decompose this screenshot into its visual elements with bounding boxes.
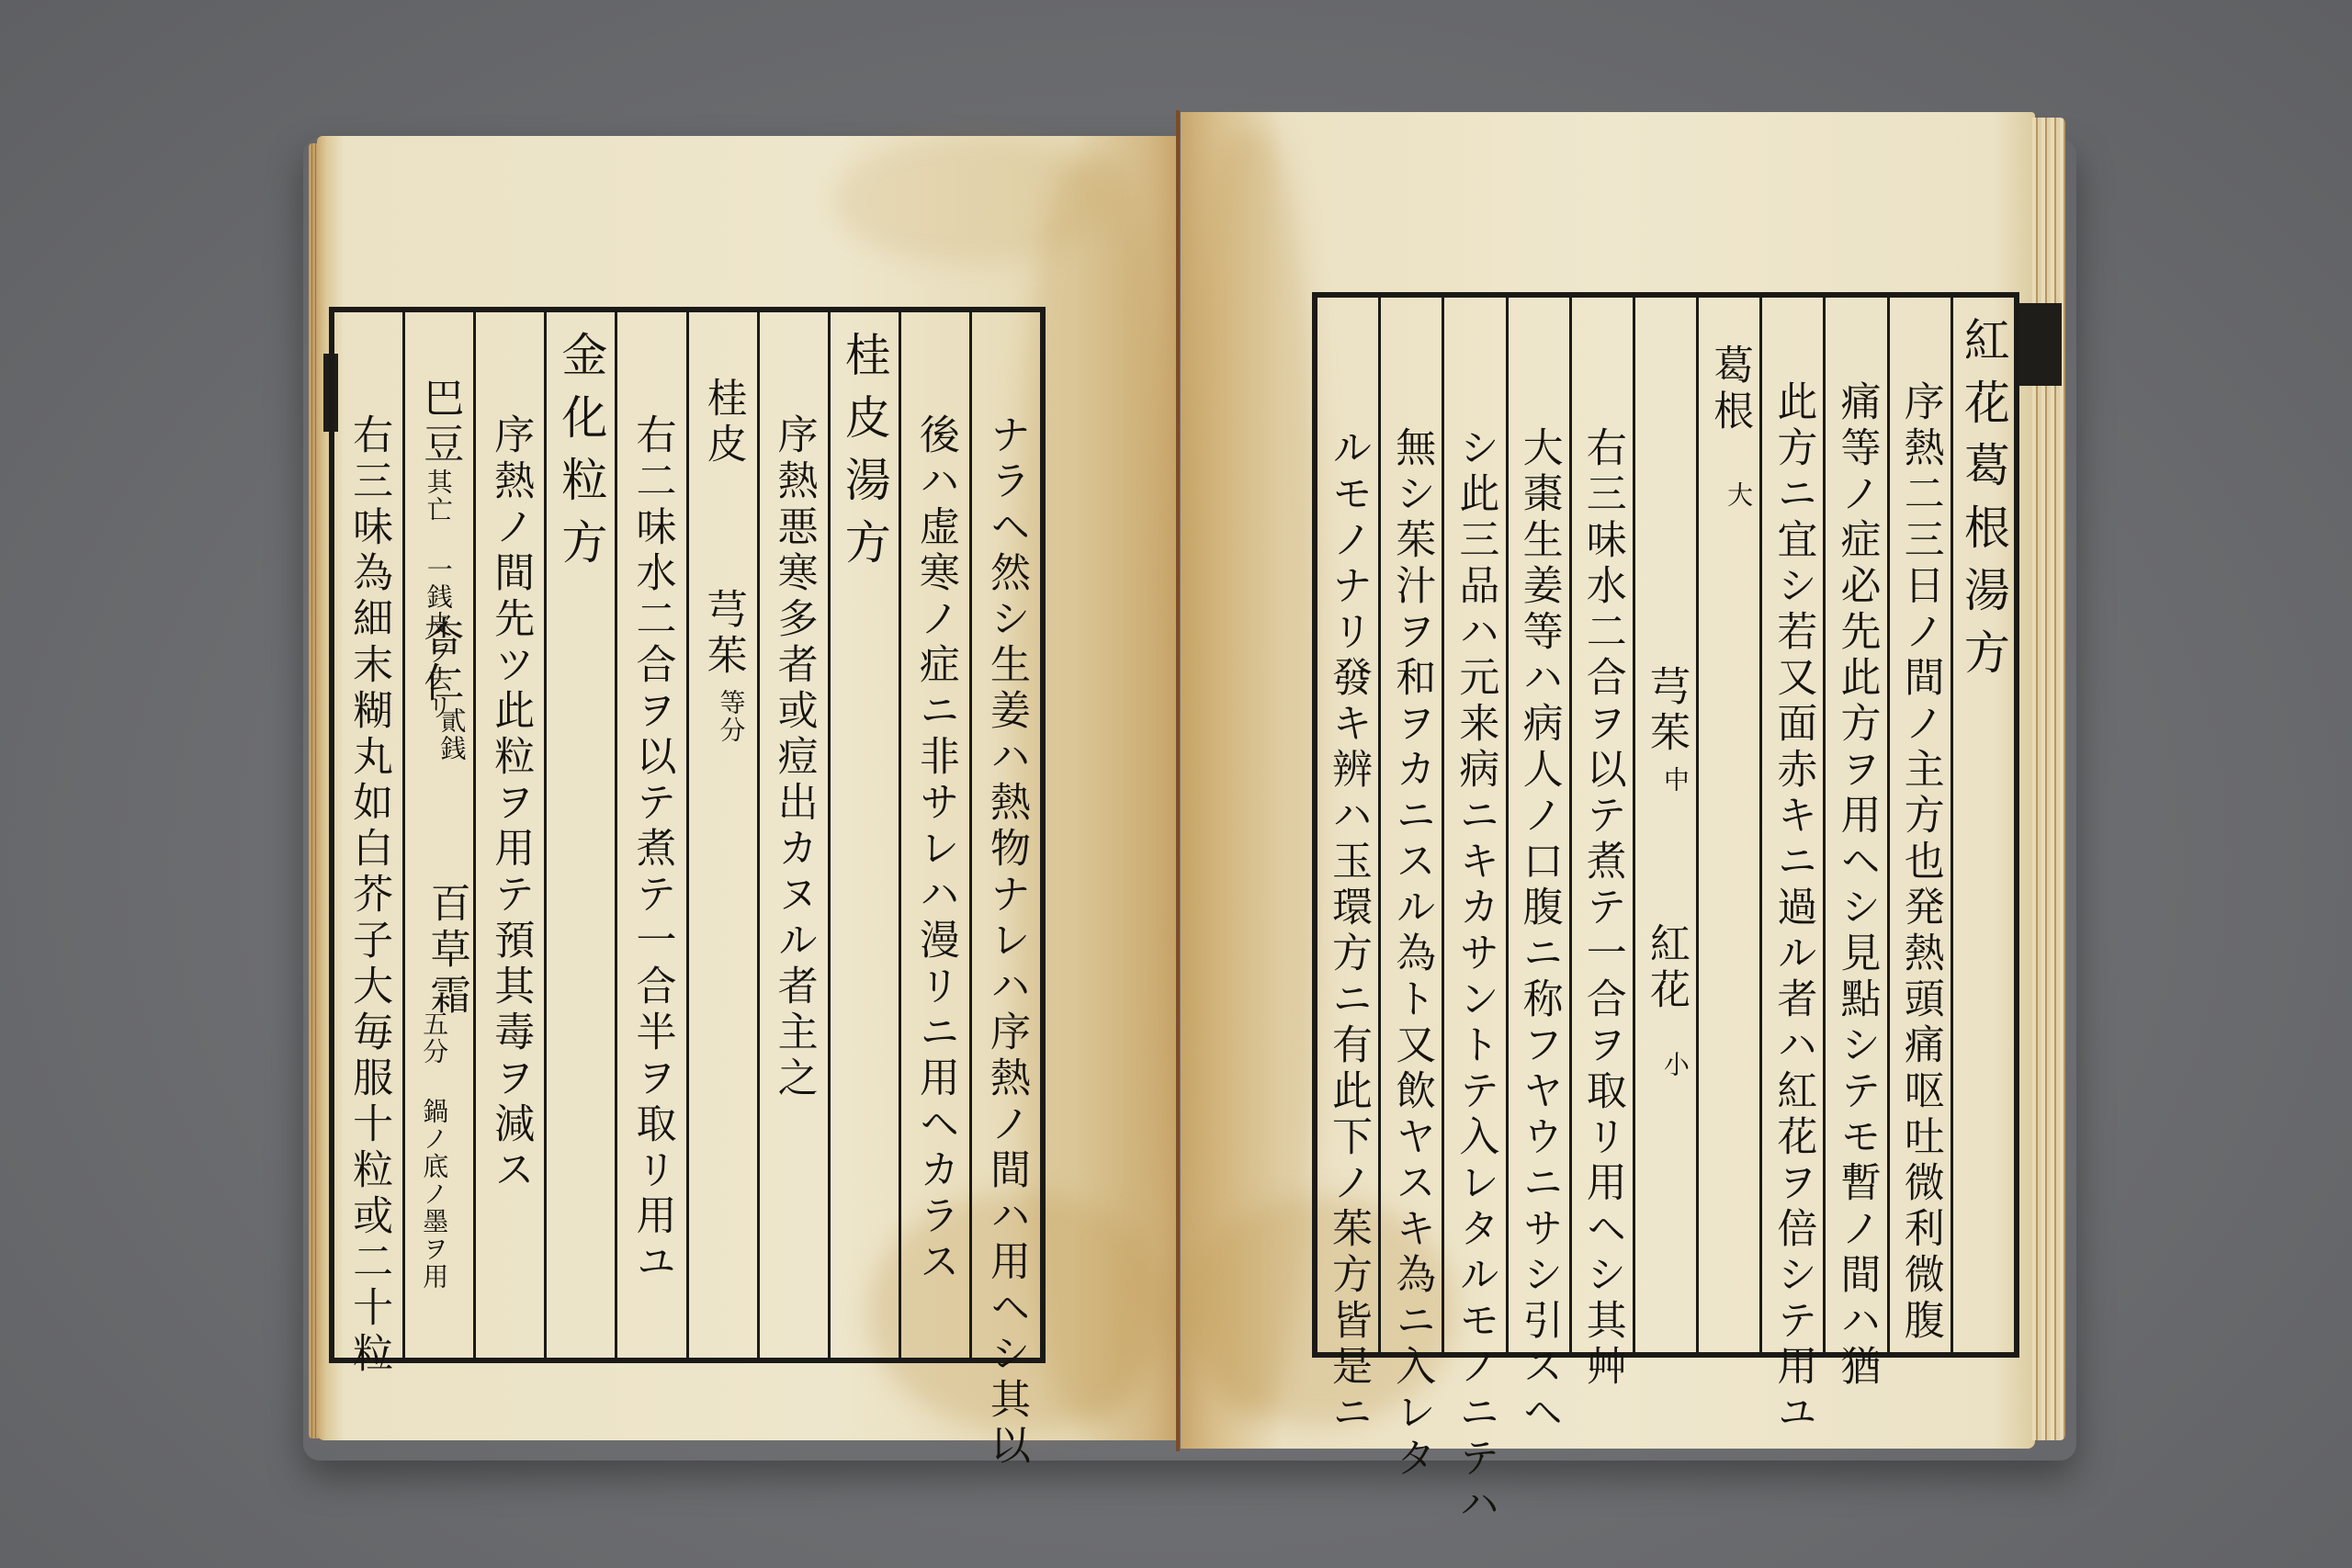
text-column: 序熱悪寒多者或痘出カヌル者主之 (757, 312, 828, 1358)
column-text: シ此三品ハ元来病ニキカサントテ入レタルモノニテハ (1454, 426, 1495, 1529)
book-gutter (1176, 110, 1180, 1451)
text-column: 紅花葛根湯方 (1951, 298, 2014, 1352)
text-column: 右三味為細末糊丸如白芥子大毎服十粒或二十粒 (334, 312, 402, 1358)
herb-dose: 五分 鍋ノ底ノ墨ヲ用 (421, 1010, 447, 1291)
text-column: 桂皮 芎茱 等分 (686, 312, 757, 1358)
column-text: 此方ニ宜シ若又面赤キニ過ル者ハ紅花ヲ倍シテ用ユ (1772, 380, 1813, 1437)
text-column: 痛等ノ症必先此方ヲ用ヘシ見點シテモ暫ノ間ハ猶 (1823, 298, 1886, 1352)
column-text: 序熱悪寒多者或痘出カヌル者主之 (774, 413, 814, 1102)
herb-name: 杏仁 (419, 615, 459, 707)
text-column: 大棗生姜等ハ病人ノ口腹ニ称フヤウニサシ引スヘ (1506, 298, 1569, 1352)
text-column: 巴豆 其亡 一銭皮ヲ去リ 杏仁 貳銭 百草霜 五分 鍋ノ底ノ墨ヲ用 (402, 312, 473, 1358)
text-column: 右三味水二合ヲ以テ煮テ一合ヲ取リ用ヘシ其艸 (1569, 298, 1633, 1352)
column-text: 大棗生姜等ハ病人ノ口腹ニ称フヤウニサシ引スヘ (1519, 426, 1559, 1437)
text-column: ナラヘ然シ生姜ハ熱物ナレハ序熱ノ間ハ用ヘシ其以 (969, 312, 1040, 1358)
column-text: 痛等ノ症必先此方ヲ用ヘシ見點シテモ暫ノ間ハ猶 (1837, 380, 1877, 1391)
column-text: 序熱二三日ノ間ノ主方也発熱頭痛呕吐微利微腹 (1900, 380, 1940, 1345)
herb-dose: 大 (1725, 481, 1751, 509)
left-page-columns: ナラヘ然シ生姜ハ熱物ナレハ序熱ノ間ハ用ヘシ其以 後ハ虚寒ノ症ニ非サレハ漫リニ用ヘ… (334, 312, 1040, 1358)
herb-name: 桂皮 (703, 377, 743, 468)
herb-dose: 小 (1662, 1051, 1688, 1078)
right-page-columns: 紅花葛根湯方 序熱二三日ノ間ノ主方也発熱頭痛呕吐微利微腹 痛等ノ症必先此方ヲ用ヘ… (1317, 298, 2014, 1352)
text-column: 此方ニ宜シ若又面赤キニ過ル者ハ紅花ヲ倍シテ用ユ (1759, 298, 1823, 1352)
text-column: 右二味水二合ヲ以テ煮テ一合半ヲ取リ用ユ (615, 312, 685, 1358)
column-text: 右三味為細末糊丸如白芥子大毎服十粒或二十粒 (348, 413, 389, 1378)
column-text: 右三味水二合ヲ以テ煮テ一合ヲ取リ用ヘシ其艸 (1582, 426, 1623, 1391)
water-stain (831, 136, 1107, 265)
text-column: 葛根 大 (1696, 298, 1759, 1352)
herb-name: 芎茱 (703, 588, 743, 680)
herb-dose: 中 (1662, 766, 1688, 794)
herb-dose: 貳銭 (439, 707, 465, 762)
column-text: 右二味水二合ヲ以テ煮テ一合半ヲ取リ用ユ (631, 413, 672, 1286)
prescription-title: 紅花葛根湯方 (1961, 316, 2007, 691)
text-column: シ此三品ハ元来病ニキカサントテ入レタルモノニテハ (1442, 298, 1505, 1352)
text-column: 序熱ノ間先ツ此粒ヲ用テ預其毒ヲ減ス (473, 312, 544, 1358)
right-page-text-frame: 紅花葛根湯方 序熱二三日ノ間ノ主方也発熱頭痛呕吐微利微腹 痛等ノ症必先此方ヲ用ヘ… (1312, 292, 2019, 1358)
fore-edge-ink-mark (2018, 303, 2062, 386)
column-text: ルモノナリ發キ辨ハ玉環方ニ有此下ノ茱方皆是ニ (1328, 426, 1368, 1437)
text-column: 後ハ虚寒ノ症ニ非サレハ漫リニ用ヘカラス (899, 312, 969, 1358)
column-text: ナラヘ然シ生姜ハ熱物ナレハ序熱ノ間ハ用ヘシ其以 (986, 413, 1026, 1470)
prescription-title: 金化粒方 (558, 331, 604, 581)
herb-name: 葛根 (1709, 344, 1749, 435)
herb-dose: 等分 (718, 689, 743, 744)
text-column: 序熱二三日ノ間ノ主方也発熱頭痛呕吐微利微腹 (1887, 298, 1951, 1352)
column-text: 序熱ノ間先ツ此粒ヲ用テ預其毒ヲ減ス (490, 413, 530, 1194)
herb-name: 紅花 (1645, 922, 1686, 1014)
left-page-text-frame: ナラヘ然シ生姜ハ熱物ナレハ序熱ノ間ハ用ヘシ其以 後ハ虚寒ノ症ニ非サレハ漫リニ用ヘ… (329, 307, 1046, 1363)
prescription-title: 桂皮湯方 (842, 331, 888, 581)
column-text: 無シ茱汁ヲ和ヲカニスル為ト又飲ヤスキ為ニ入レタ (1391, 426, 1431, 1483)
text-column: 桂皮湯方 (828, 312, 899, 1358)
herb-name: 巴豆 (419, 377, 459, 468)
text-column: ルモノナリ發キ辨ハ玉環方ニ有此下ノ茱方皆是ニ (1317, 298, 1378, 1352)
text-column: 無シ茱汁ヲ和ヲカニスル為ト又飲ヤスキ為ニ入レタ (1378, 298, 1442, 1352)
herb-name: 芎茱 (1645, 665, 1686, 757)
text-column: 芎茱 中 紅花 小 (1633, 298, 1696, 1352)
herb-name: 百草霜 (426, 882, 467, 1020)
column-text: 後ハ虚寒ノ症ニ非サレハ漫リニ用ヘカラス (915, 413, 955, 1286)
text-column: 金化粒方 (544, 312, 615, 1358)
